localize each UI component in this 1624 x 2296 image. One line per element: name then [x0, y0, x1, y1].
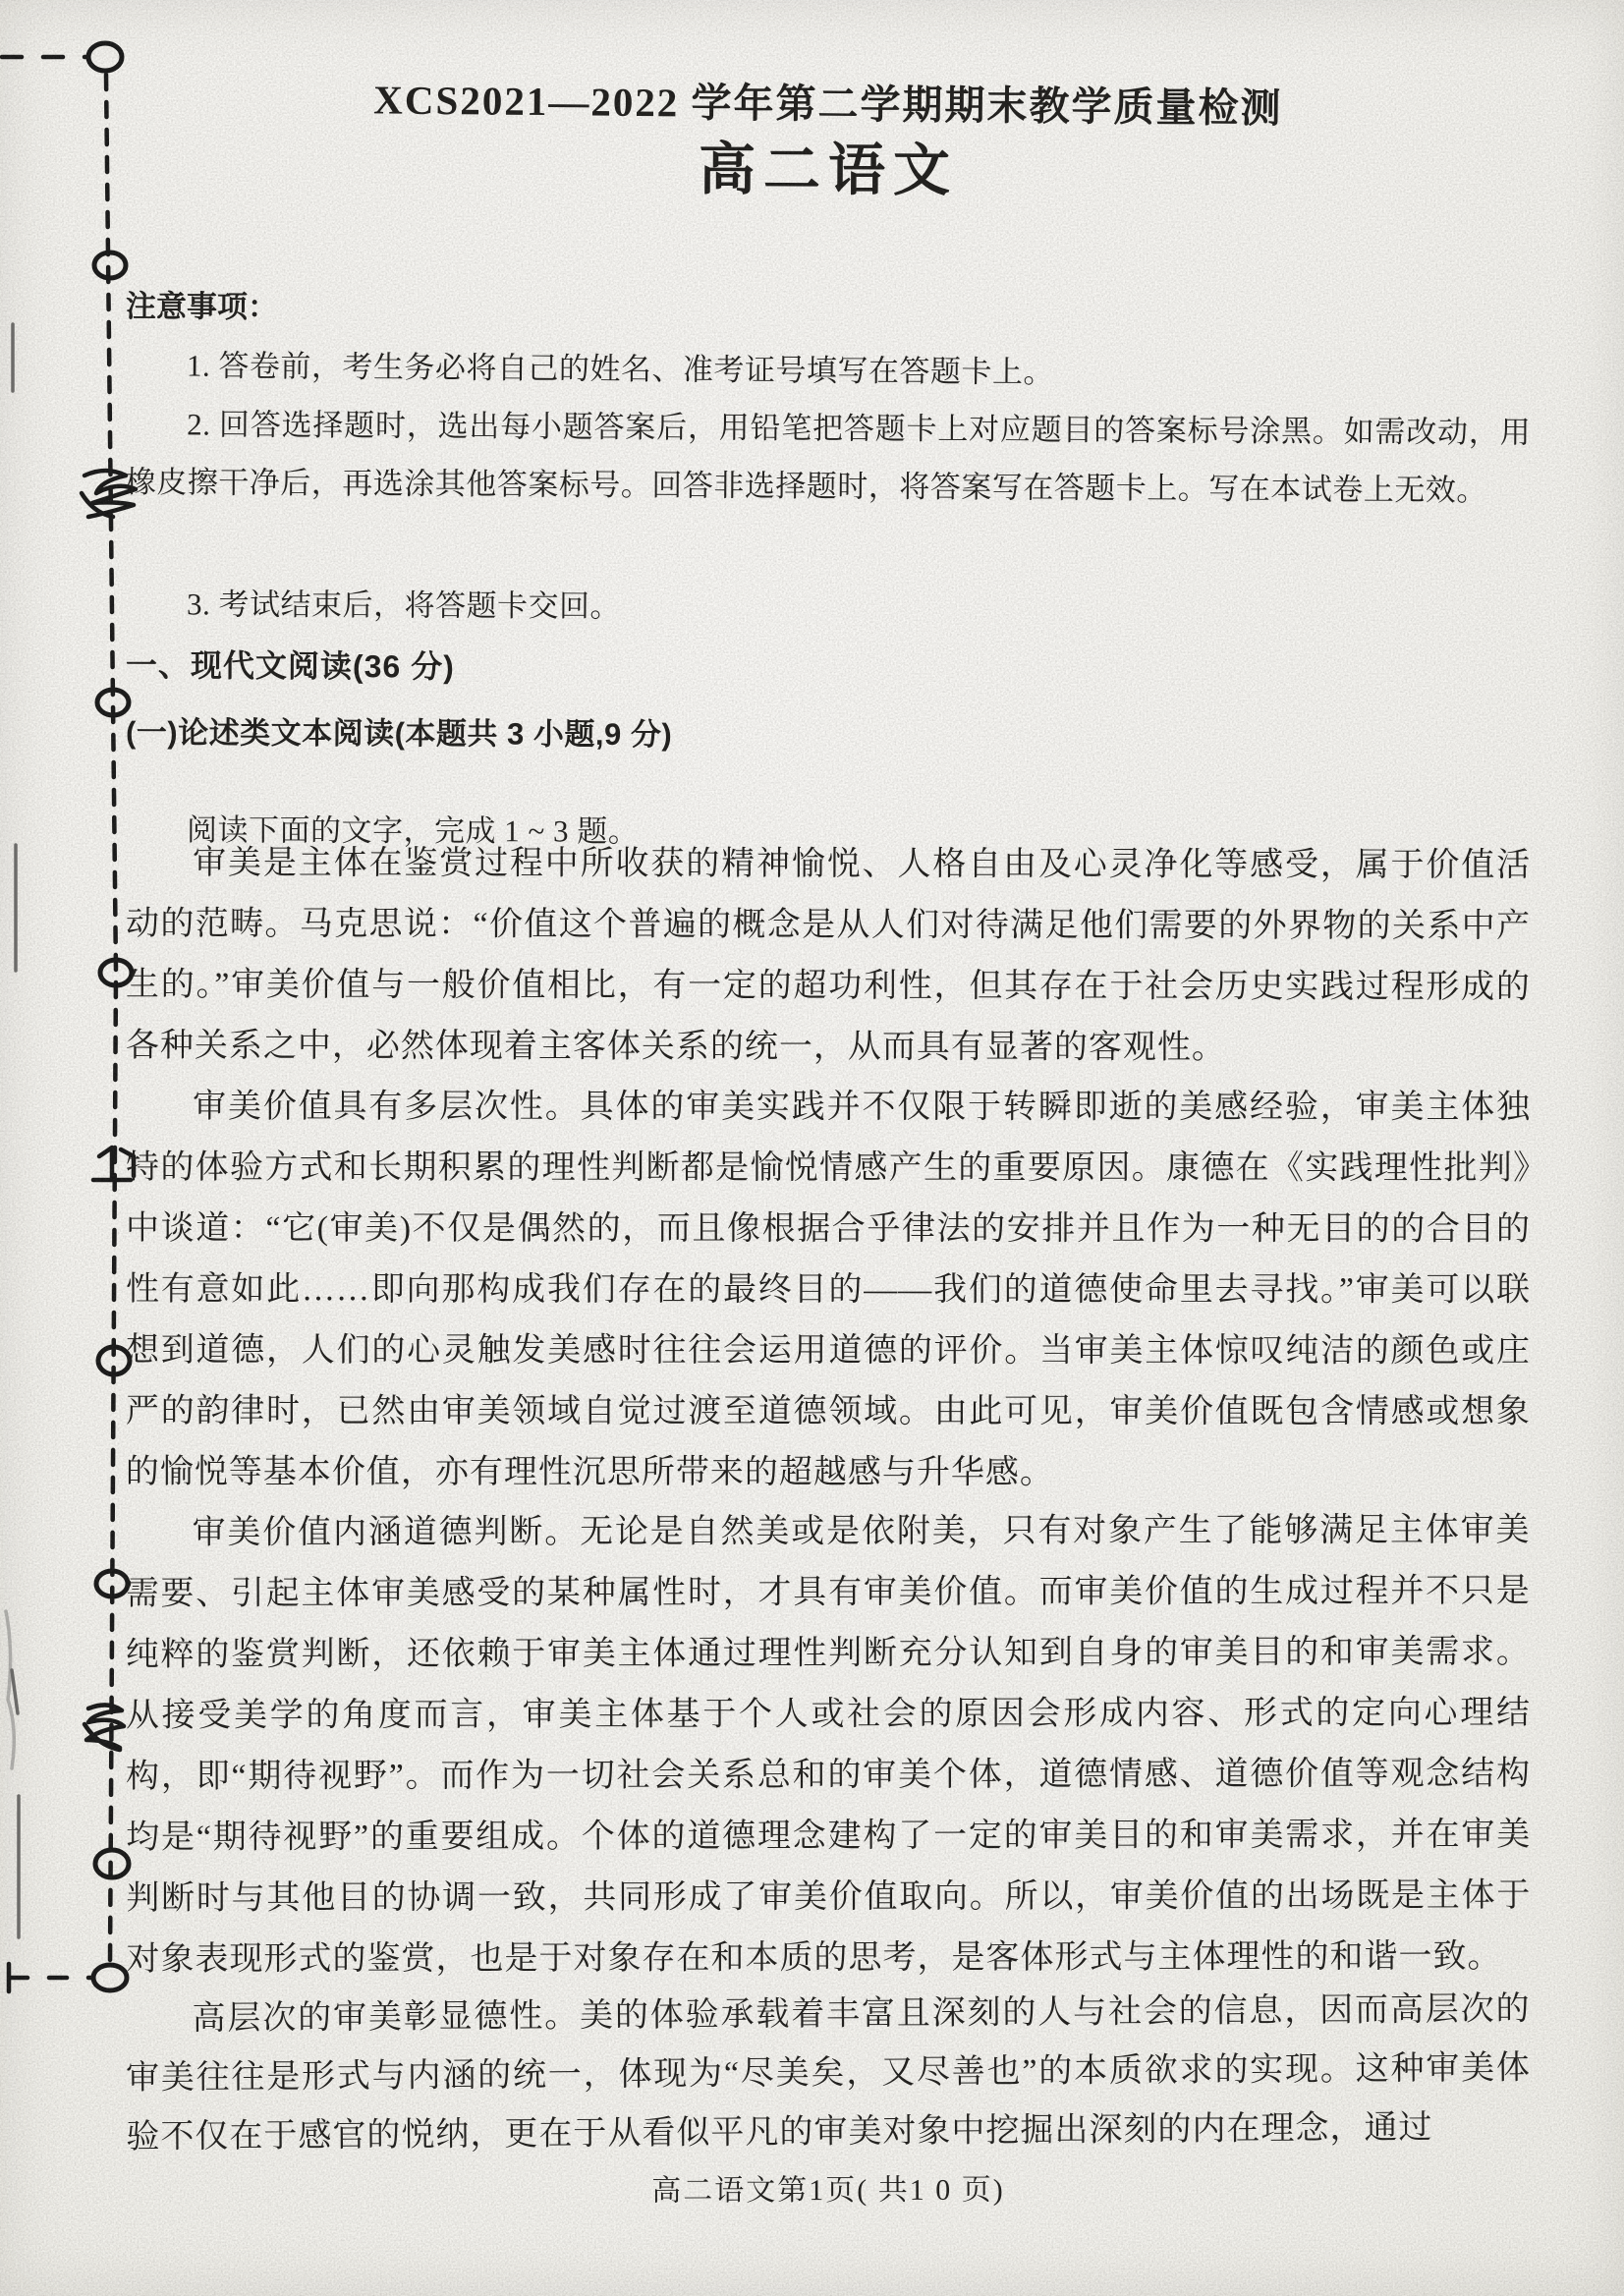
passage-paragraph: 高层次的审美彰显德性。美的体验承载着丰富且深刻的人与社会的信息，因而高层次的审美… [125, 1981, 1531, 2167]
punch-hole-circle [93, 1965, 127, 1990]
exam-page: XCS2021—2022 学年第二学期期末教学质量检测 高二语文 注意事项： 1… [0, 0, 1624, 2296]
punch-hole-circle [97, 690, 129, 715]
section-heading: 一、现代文阅读(36 分) [126, 641, 1531, 693]
passage-paragraph: 审美价值内涵道德判断。无论是自然美或是依附美，只有对象产生了能够满足主体审美需要… [125, 1500, 1531, 1990]
punch-hole-circle [96, 1571, 128, 1596]
passage-paragraph: 审美是主体在鉴赏过程中所收获的精神愉悦、人格自由及心灵净化等感受，属于价值活动的… [126, 833, 1531, 1079]
notice-item: 2. 回答选择题时，选出每小题答案后，用铅笔把答题卡上对应题目的答案标号涂黑。如… [126, 395, 1532, 520]
exam-subject-title: 高二语文 [126, 120, 1531, 209]
notice-item: 3. 考试结束后，将答题卡交回。 [126, 575, 1531, 640]
notice-heading: 注意事项： [126, 281, 1531, 335]
subsection-heading: (一)论述类文本阅读(本题共 3 小题,9 分) [126, 707, 1531, 756]
punch-hole-circle [88, 43, 122, 71]
binding-dashed-line-vertical [106, 75, 116, 1963]
punch-hole-circle [94, 252, 126, 278]
page-footer: 高二语文第1页( 共1 0 页) [126, 2163, 1531, 2211]
notice-item: 1. 答卷前，考生务必将自己的姓名、准考证号填写在答题卡上。 [126, 336, 1531, 405]
handwritten-scribble-icon [84, 1705, 124, 1750]
punch-hole-circle [95, 1850, 129, 1877]
page-edge-artifact [6, 324, 19, 1937]
passage-paragraph: 审美价值具有多层次性。具体的审美实践并不仅限于转瞬即逝的美感经验，审美主体独特的… [126, 1077, 1531, 1504]
